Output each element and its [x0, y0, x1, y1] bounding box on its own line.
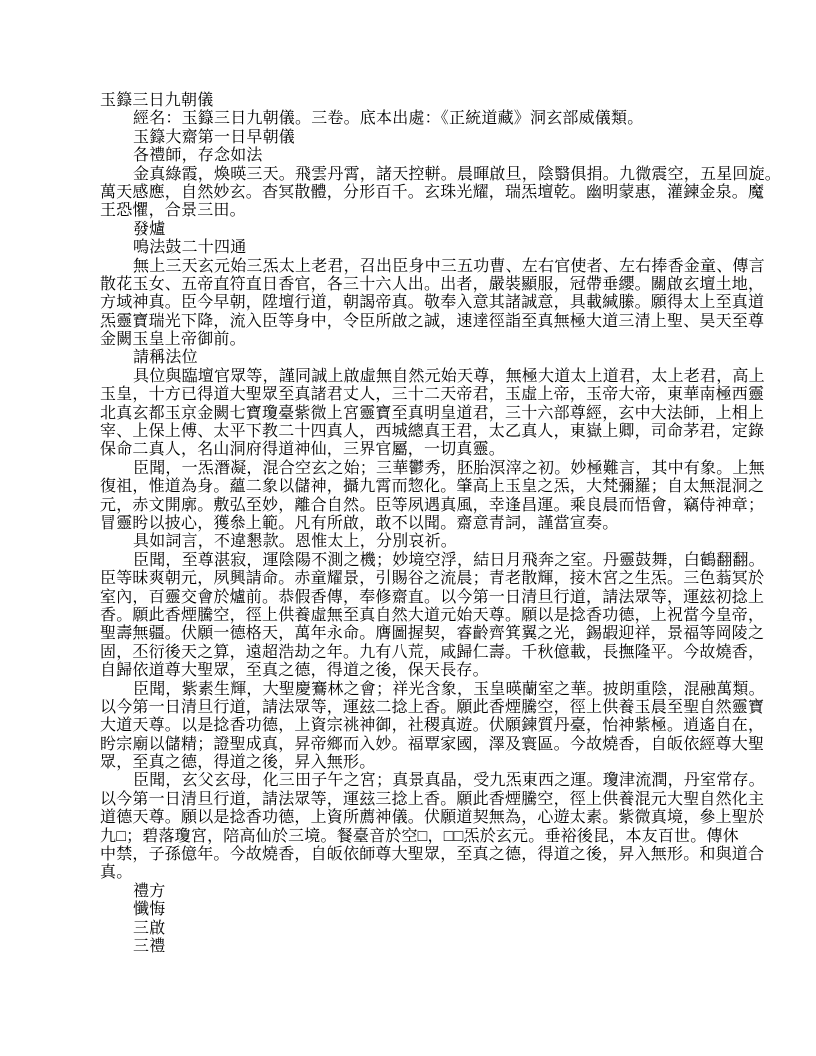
- text-line: 無上三天玄元始三炁太上老君，召出臣身中三五功曹、左右官使者、左右捧香金童、傳言: [100, 258, 724, 276]
- text-line: 臣等昧爽朝元，夙興請命。赤童耀景，引賜谷之流晨；青老散輝，接木宮之生炁。三色蓊冥…: [100, 570, 724, 588]
- text-line: 室內，百靈交會於爐前。恭假香傳，奉修齋直。以今第一日清旦行道，請法眾等，運玆初捻…: [100, 589, 724, 607]
- text-line: 道德天尊。願以是捻香功德，上資所薦神儀。伏願道契無為，心遊太素。紫微真境，參上聖…: [100, 809, 724, 827]
- text-line: 中禁，子孫億年。今故燒香，自皈依師尊大聖眾，至真之德，得道之後，昇入無形。和與道…: [100, 846, 724, 864]
- text-line: 香。願此香煙騰空，徑上供養虛無至真自然大道元始天尊。願以是捻香功德，上祝當今皇帝…: [100, 607, 724, 625]
- text-line: 金真綠霞，煥暎三天。飛雲丹霄，諸天控軿。晨暉啟旦，陰翳俱捐。九微震空，五星回旋。: [100, 166, 724, 184]
- text-line: 三啟: [100, 920, 724, 938]
- text-line: 玉皇，十方已得道大聖眾至真諸君丈人，三十二天帝君，玉虛上帝，玉帝大帝，東華南極西…: [100, 386, 724, 404]
- text-line: 王恐懼，合景三田。: [100, 202, 724, 220]
- text-line: 宰、上保上傅、太平下教二十四真人，西城總真王君，太乙真人，東嶽上卿，司命茅君，定…: [100, 423, 724, 441]
- text-line: 懺悔: [100, 901, 724, 919]
- document-page: 玉籙三日九朝儀經名：玉籙三日九朝儀。三卷。底本出處：《正統道藏》洞玄部威儀類。玉…: [0, 0, 816, 1056]
- text-line: 九□；碧落瓊宮，陪高仙於三境。餐臺音於空□，□□炁於玄元。垂裕後昆，本友百世。傳…: [100, 828, 724, 846]
- text-line: 冒靈盻以披心，獲叅上範。凡有所啟，敢不以聞。齋意青詞，謹當宣奏。: [100, 515, 724, 533]
- text-line: 發爐: [100, 221, 724, 239]
- text-line: 具位與臨壇官眾等，謹同誠上啟虛無自然元始天尊，無極大道太上道君，太上老君，高上: [100, 368, 724, 386]
- text-line: 請稱法位: [100, 349, 724, 367]
- text-line: 以今第一日清旦行道，請法眾等，運玆二捻上香。願此香煙騰空，徑上供養玉晨至聖自然靈…: [100, 699, 724, 717]
- text-line: 三禮: [100, 938, 724, 956]
- text-line: 臣聞，紫素生輝，大聖慶鶱林之會；祥光含象，玉皇暎蘭室之華。披朗重陰，混融萬類。: [100, 681, 724, 699]
- text-line: 方域神真。臣今早朝，陞壇行道，朝謁帝真。敬奉入意其諸誠意，具載緘縢。願得太上至真…: [100, 294, 724, 312]
- text-line: 臣聞，玄父玄母，化三田子午之宮；真景真晶，受九炁東西之運。瓊津流潤，丹室常存。: [100, 772, 724, 790]
- text-line: 玉籙大齋第一日早朝儀: [100, 129, 724, 147]
- text-line: 眾，至真之德，得道之後，昇入無形。: [100, 754, 724, 772]
- text-line: 鳴法鼓二十四通: [100, 239, 724, 257]
- document-body: 玉籙三日九朝儀經名：玉籙三日九朝儀。三卷。底本出處：《正統道藏》洞玄部威儀類。玉…: [100, 92, 724, 956]
- text-line: 臣聞，一炁潛凝，混合空玄之始；三華鬱秀，胚胎溟滓之初。妙極難言，其中有象。上無: [100, 460, 724, 478]
- text-line: 自歸依道尊大聖眾，至真之德，得道之後，保天長存。: [100, 662, 724, 680]
- text-line: 聖壽無疆。伏願一德格天，萬年永命。膺圖握契，睿齡齊箕翼之光，錫嘏迎祥，景福等岡陵…: [100, 625, 724, 643]
- text-line: 盻宗廟以儲精；證聖成真，昇帝鄉而入妙。福覃家國，澤及寰區。今故燒香，自皈依經尊大…: [100, 736, 724, 754]
- text-line: 以今第一日清旦行道，請法眾等，運玆三捻上香。願此香煙騰空，徑上供養混元大聖自然化…: [100, 791, 724, 809]
- text-line: 散花玉女、五帝直符直日香官，各三十六人出。出者，嚴裝顯服，冠帶垂纓。關啟玄壇土地…: [100, 276, 724, 294]
- text-line: 各禮師，存念如法: [100, 147, 724, 165]
- text-line: 萬天感應，自然妙玄。杳冥散體，分形百千。玄珠光耀，瑞炁壇乾。幽明蒙惠，灌鍊金泉。…: [100, 184, 724, 202]
- text-line: 經名：玉籙三日九朝儀。三卷。底本出處：《正統道藏》洞玄部威儀類。: [100, 110, 724, 128]
- text-line: 真。: [100, 864, 724, 882]
- text-line: 禮方: [100, 883, 724, 901]
- text-line: 復祖，惟道為身。蘊二象以儲神，攝九霄而惣化。肇高上玉皇之炁，大梵彌羅；自太無混洞…: [100, 478, 724, 496]
- text-line: 金闕玉皇上帝御前。: [100, 331, 724, 349]
- text-line: 北真玄都玉京金闕七寶瓊臺紫微上宮靈寶至真明皇道君，三十六部尊經，玄中大法師，上相…: [100, 405, 724, 423]
- text-line: 玉籙三日九朝儀: [100, 92, 724, 110]
- text-line: 固，丕衍後天之算，遠超浩劫之年。九有八荒，咸歸仁壽。千秋億載，長撫隆平。今故燒香…: [100, 644, 724, 662]
- text-line: 臣聞，至尊湛寂，運陰陽不測之機；妙境空浮，結日月飛奔之室。丹靈鼓舞，白鶴翻翻。: [100, 552, 724, 570]
- text-line: 具如詞言，不違懇款。恩惟太上，分別哀祈。: [100, 533, 724, 551]
- text-line: 元，赤文開廓。敷弘至妙，離合自然。臣等夙遇真風，幸逢昌運。乘良晨而悟會，竊侍神章…: [100, 497, 724, 515]
- text-line: 保命二真人，名山洞府得道神仙，三界官屬，一切真靈。: [100, 441, 724, 459]
- text-line: 大道天尊。以是捻香功德，上資宗祧神御，社稷真遊。伏願鍊質丹臺，怡神紫極。逍遙自在…: [100, 717, 724, 735]
- text-line: 炁靈寶瑞光下降，流入臣等身中，令臣所啟之誠，速達徑詣至真無極大道三清上聖、昊天至…: [100, 313, 724, 331]
